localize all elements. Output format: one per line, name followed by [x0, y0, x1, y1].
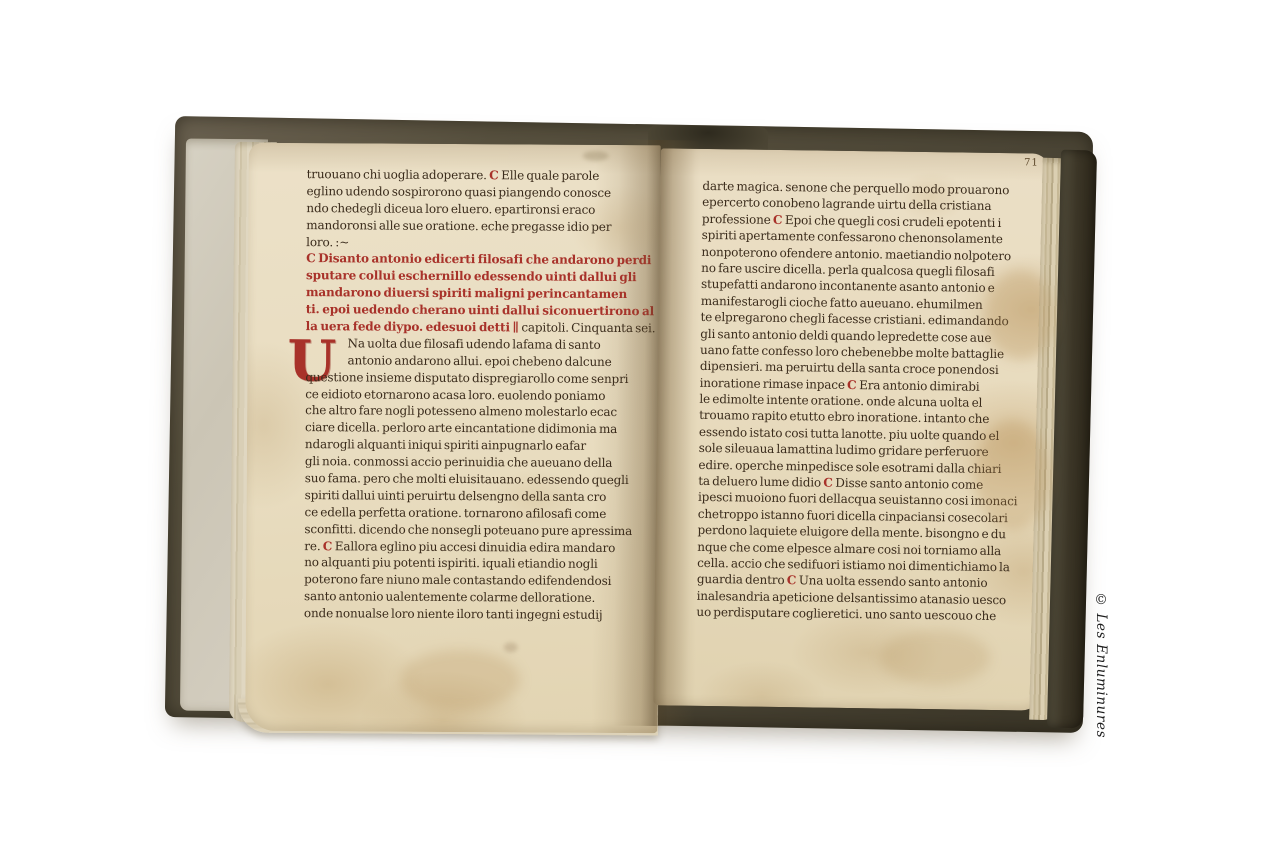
right-text-block: darte magica. senone che perquello modo …	[696, 178, 1038, 625]
copyright-watermark: © Les Enluminures	[1093, 592, 1109, 742]
manuscript-line: ciare dicella. perloro arte eincantation…	[305, 419, 649, 438]
manuscript-line: sputare collui eschernillo edessendo uin…	[306, 267, 650, 286]
manuscript-line: sconfitti. dicendo che nonsegli poteuano…	[304, 521, 648, 540]
manuscript-line: la uera fede diypo. edesuoi detti ∥ capi…	[306, 318, 650, 337]
manuscript-line: spiriti dallui uinti peruirtu delsengno …	[305, 487, 649, 506]
manuscript-line: ndarogli alquanti iniqui spiriti ainpugn…	[305, 436, 649, 455]
manuscript-line: antonio andarono allui. epoi chebeno dal…	[347, 352, 649, 371]
left-page: U truouano chi uoglia adoperare. C Elle …	[245, 143, 661, 734]
manuscript-line: suo fama. pero che molti eluisitauano. e…	[305, 470, 649, 489]
manuscript-line: re. C Eallora eglino piu accesi dinuidia…	[304, 538, 648, 557]
manuscript-line: onde nonualse loro niente iloro tanti in…	[304, 605, 648, 624]
faded-folio-mark	[583, 151, 609, 161]
manuscript-line: ce edella perfetta oratione. tornarono a…	[304, 504, 648, 523]
manuscript-line: che altro fare nogli potesseno almeno mo…	[305, 403, 649, 422]
manuscript-line: Na uolta due filosafi udendo lafama di s…	[348, 335, 650, 354]
manuscript-line: ndo chedegli diceua loro eluero. epartir…	[306, 200, 650, 219]
manuscript-line: uo perdisputare coglieretici. uno santo …	[696, 604, 1032, 625]
manuscript-line: ti. epoi uedendo cherano uinti dallui si…	[306, 301, 650, 320]
manuscript-line: eglino udendo sospirorono quasi piangend…	[306, 183, 650, 202]
folio-number: 71	[1024, 157, 1039, 168]
manuscript-line: poterono fare niuno male contastando edi…	[304, 571, 648, 590]
manuscript-line: gli noia. conmossi accio perinuidia che …	[305, 453, 649, 472]
manuscript-line: mandoronsi alle sue oratione. eche prega…	[306, 217, 650, 236]
manuscript-photo: U truouano chi uoglia adoperare. C Elle …	[0, 0, 1280, 860]
parchment-blemish	[504, 642, 518, 652]
manuscript-line: questione insieme disputato dispregiarol…	[305, 369, 649, 388]
manuscript-line: santo antonio ualentemente colarme dello…	[304, 588, 648, 607]
left-text-block: truouano chi uoglia adoperare. C Elle qu…	[304, 166, 651, 624]
manuscript-line: mandarono diuersi spiriti maligni perinc…	[306, 284, 650, 303]
manuscript-line: C Disanto antonio edicerti filosafi che …	[306, 251, 650, 270]
manuscript-line: no alquanti piu potenti ispiriti. iquali…	[304, 555, 648, 574]
right-page: 71 darte magica. senone che perquello mo…	[653, 148, 1049, 710]
manuscript-line: truouano chi uoglia adoperare. C Elle qu…	[307, 166, 651, 185]
manuscript-line: ce eidioto etornarono acasa loro. euolen…	[305, 386, 649, 405]
manuscript-line: loro. :~	[306, 234, 650, 253]
